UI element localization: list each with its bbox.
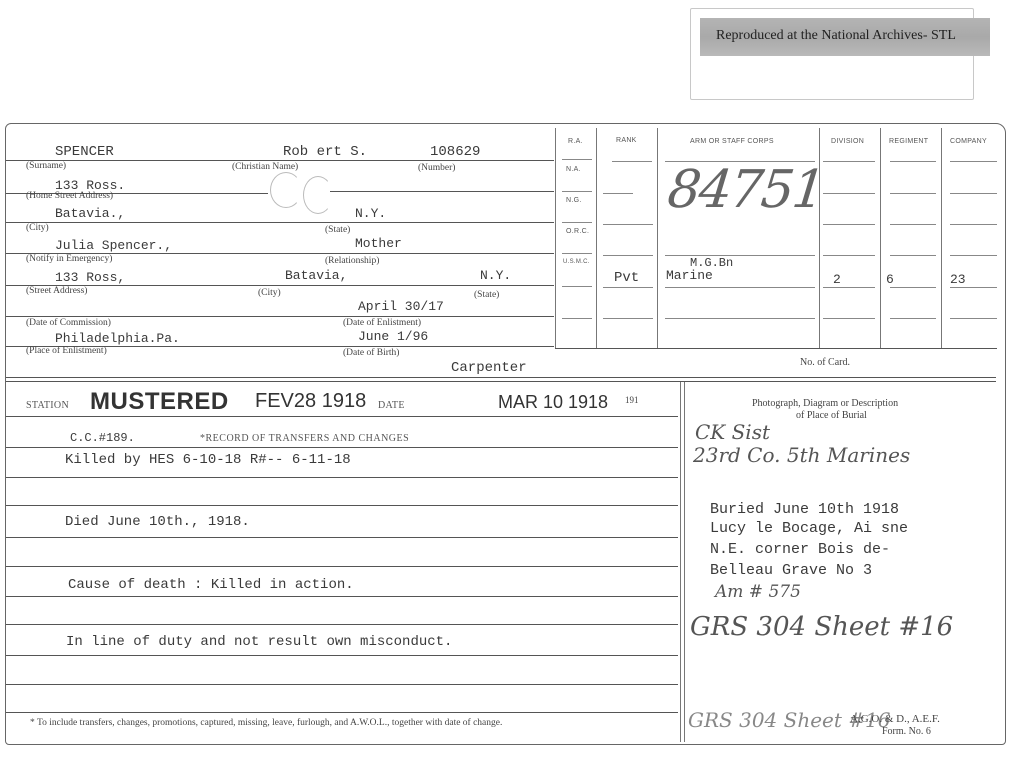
component-na: N.A. [566,166,581,173]
grid-row-line [665,255,815,256]
record-line-1: Killed by HES 6-10-18 R#-- 6-11-18 [65,452,351,468]
grid-row-line [562,159,592,160]
component-ng: N.G. [566,197,582,204]
number-label: (Number) [418,163,455,173]
section-vertical-divider [684,382,685,742]
header-regiment: REGIMENT [889,138,928,145]
row-line [6,447,678,448]
home-street-label: (Home Street Address) [26,191,113,201]
station-label: STATION [26,400,69,411]
mustered-stamp: MUSTERED [90,388,229,416]
record-line-5: Cause of death : Killed in action. [68,577,354,593]
punch-hole-mark [270,172,302,208]
grid-row-line [603,287,653,288]
section-divider [6,381,996,382]
row-line [6,316,554,317]
burial-heading-2: of Place of Burial [796,410,867,421]
grid-row-line [823,287,875,288]
grid-row-line [665,287,815,288]
record-line-3: Died June 10th., 1918. [65,514,250,530]
header-arm-corps: ARM OR STAFF CORPS [690,138,774,145]
surname-label: (Surname) [26,161,66,171]
handwritten-note-4: GRS 304 Sheet #16 [690,612,953,642]
grid-row-line [562,191,592,192]
state-label-2: (State) [474,290,499,300]
grid-row-line [603,193,633,194]
row-line [6,416,678,417]
grid-row-line [665,318,815,319]
burial-heading-1: Photograph, Diagram or Description [752,398,898,409]
burial-typed-line-4: Belleau Grave No 3 [710,562,872,579]
record-title: *RECORD OF TRANSFERS AND CHANGES [200,433,409,444]
grid-row-line [823,318,875,319]
arm-value: Marine [666,268,713,283]
mustered-stamp-date: FEV28 1918 [255,390,366,413]
birth-date-label: (Date of Birth) [343,348,399,358]
row-line [6,477,678,478]
grid-row-line [603,255,653,256]
burial-typed-line-2: Lucy le Bocage, Ai sne [710,520,908,537]
surname-value: SPENCER [55,144,114,160]
grid-row-line [950,161,997,162]
street-address-label: (Street Address) [26,286,87,296]
enlistment-date-label: (Date of Enlistment) [343,318,421,328]
grid-row-line [612,161,652,162]
enlistment-date-value: April 30/17 [358,299,444,314]
grid-row-line [823,161,875,162]
date-label: DATE [378,400,405,411]
component-usmc: U.S.M.C. [563,259,590,265]
enlistment-place-label: (Place of Enlistment) [26,346,107,356]
row-line [6,624,678,625]
header-rank: RANK [616,137,637,144]
header-company: COMPANY [950,138,987,145]
notify-label: (Notify in Emergency) [26,254,112,264]
row-line [6,505,678,506]
card-number-label: No. of Card. [800,357,850,368]
record-line-7: In line of duty and not result own misco… [66,634,452,650]
emergency-city-value: Batavia, [285,268,347,283]
christian-name-value: Rob ert S. [283,144,367,160]
row-line [6,655,678,656]
occupation-value: Carpenter [451,360,527,376]
grid-line [941,128,942,348]
handwritten-note-1: CK Sist [695,420,770,444]
regiment-value: 6 [886,272,894,287]
grid-row-line [950,287,997,288]
grid-row-line [890,193,936,194]
grid-row-line [950,318,997,319]
grid-row-line [562,222,592,223]
relationship-value: Mother [355,236,402,251]
row-line [6,566,678,567]
emergency-street-value: 133 Ross, [55,270,125,285]
row-line [6,222,554,223]
section-vertical-divider [680,382,681,742]
grid-row-line [890,255,936,256]
city-label-2: (City) [258,288,281,298]
grid-row-line [950,224,997,225]
grid-line [596,128,597,348]
cc-number: C.C.#189. [70,431,135,445]
form-number: Form. No. 6 [882,726,931,737]
notify-value: Julia Spencer., [55,238,172,253]
state-value: N.Y. [355,206,386,221]
grid-row-line [603,318,653,319]
handwritten-note-2: 23rd Co. 5th Marines [693,443,910,467]
grid-line [657,128,658,348]
service-number-value: 108629 [430,144,480,160]
city-value: Batavia., [55,206,125,221]
component-orc: O.R.C. [566,228,589,235]
grid-row-line [950,255,997,256]
row-line [6,596,678,597]
grid-line [555,128,556,348]
burial-typed-line-3: N.E. corner Bois de- [710,541,890,558]
grid-row-line [890,161,936,162]
archive-stamp-text: Reproduced at the National Archives- STL [716,28,956,44]
section-divider [6,377,996,378]
row-line [6,160,554,161]
grid-row-line [603,224,653,225]
division-value: 2 [833,272,841,287]
burial-typed-line-1: Buried June 10th 1918 [710,500,899,519]
row-line [6,285,554,286]
grid-row-line [562,318,592,319]
enlistment-place-value: Philadelphia.Pa. [55,331,180,346]
relationship-label: (Relationship) [325,256,379,266]
state-label: (State) [325,225,350,235]
handwritten-note-3: Am # 575 [715,582,801,602]
punch-hole-mark [303,176,333,214]
grid-row-line [823,255,875,256]
row-line [6,684,678,685]
header-division: DIVISION [831,138,864,145]
grid-row-line [890,318,936,319]
birth-date-value: June 1/96 [358,329,428,344]
row-line [330,191,554,192]
christian-name-label: (Christian Name) [232,162,298,172]
form-org: A.G.O. & D., A.E.F. [850,713,940,725]
date-suffix: 191 [625,395,639,405]
grid-row-line [823,224,875,225]
grid-bottom-line [555,348,997,349]
grid-line [880,128,881,348]
commission-date-label: (Date of Commission) [26,318,111,328]
handwritten-card-number: 84751 [665,160,827,220]
date-stamp: MAR 10 1918 [498,392,608,413]
header-ra: R.A. [568,138,583,145]
city-label: (City) [26,223,49,233]
grid-row-line [890,224,936,225]
row-line [6,712,678,713]
service-card [5,123,1006,745]
grid-row-line [950,193,997,194]
record-footnote: * To include transfers, changes, promoti… [30,718,502,728]
rank-value: Pvt [614,270,639,286]
grid-row-line [562,253,592,254]
grid-row-line [890,287,936,288]
row-line [6,537,678,538]
grid-row-line [562,286,592,287]
grid-row-line [823,193,875,194]
emergency-state-value: N.Y. [480,268,511,283]
company-value: 23 [950,272,966,287]
